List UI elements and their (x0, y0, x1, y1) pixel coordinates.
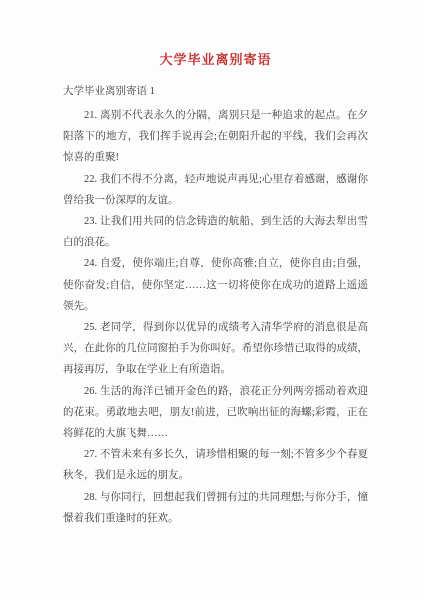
paragraph: 25. 老同学，得到你以优异的成绩考入清华学府的消息很是高兴，在此你的几位同窗拍… (63, 317, 368, 381)
paragraph: 22. 我们不得不分离，轻声地说声再见;心里存着感谢，感谢你曾给我一份深厚的友谊… (63, 169, 368, 211)
paragraph: 28. 与你同行，回想起我们曾拥有过的共同理想;与你分手，憧憬着我们重逢时的狂欢… (63, 487, 368, 529)
paragraph: 27. 不管未来有多长久，请珍惜相聚的每一刻;不管多少个春夏秋冬，我们是永远的朋… (63, 444, 368, 486)
paragraph: 23. 让我们用共同的信念铸造的航船，到生活的大海去犁出雪白的浪花。 (63, 211, 368, 253)
paragraph: 26. 生活的海洋已铺开金色的路，浪花正分列两旁摇动着欢迎的花束。勇敢地去吧，朋… (63, 381, 368, 445)
page-title: 大学毕业离别寄语 (63, 52, 368, 68)
paragraph: 24. 自爱，使你端庄;自尊，使你高雅;自立，使你自由;自强，使你奋发;自信，使… (63, 253, 368, 317)
document-page: 大学毕业离别寄语 大学毕业离别寄语 1 21. 离别不代表永久的分隔，离别只是一… (0, 0, 424, 600)
paragraph-list: 21. 离别不代表永久的分隔，离别只是一种追求的起点。在夕阳落下的地方，我们挥手… (63, 105, 368, 529)
paragraph: 21. 离别不代表永久的分隔，离别只是一种追求的起点。在夕阳落下的地方，我们挥手… (63, 105, 368, 169)
section-heading: 大学毕业离别寄语 1 (63, 81, 368, 102)
